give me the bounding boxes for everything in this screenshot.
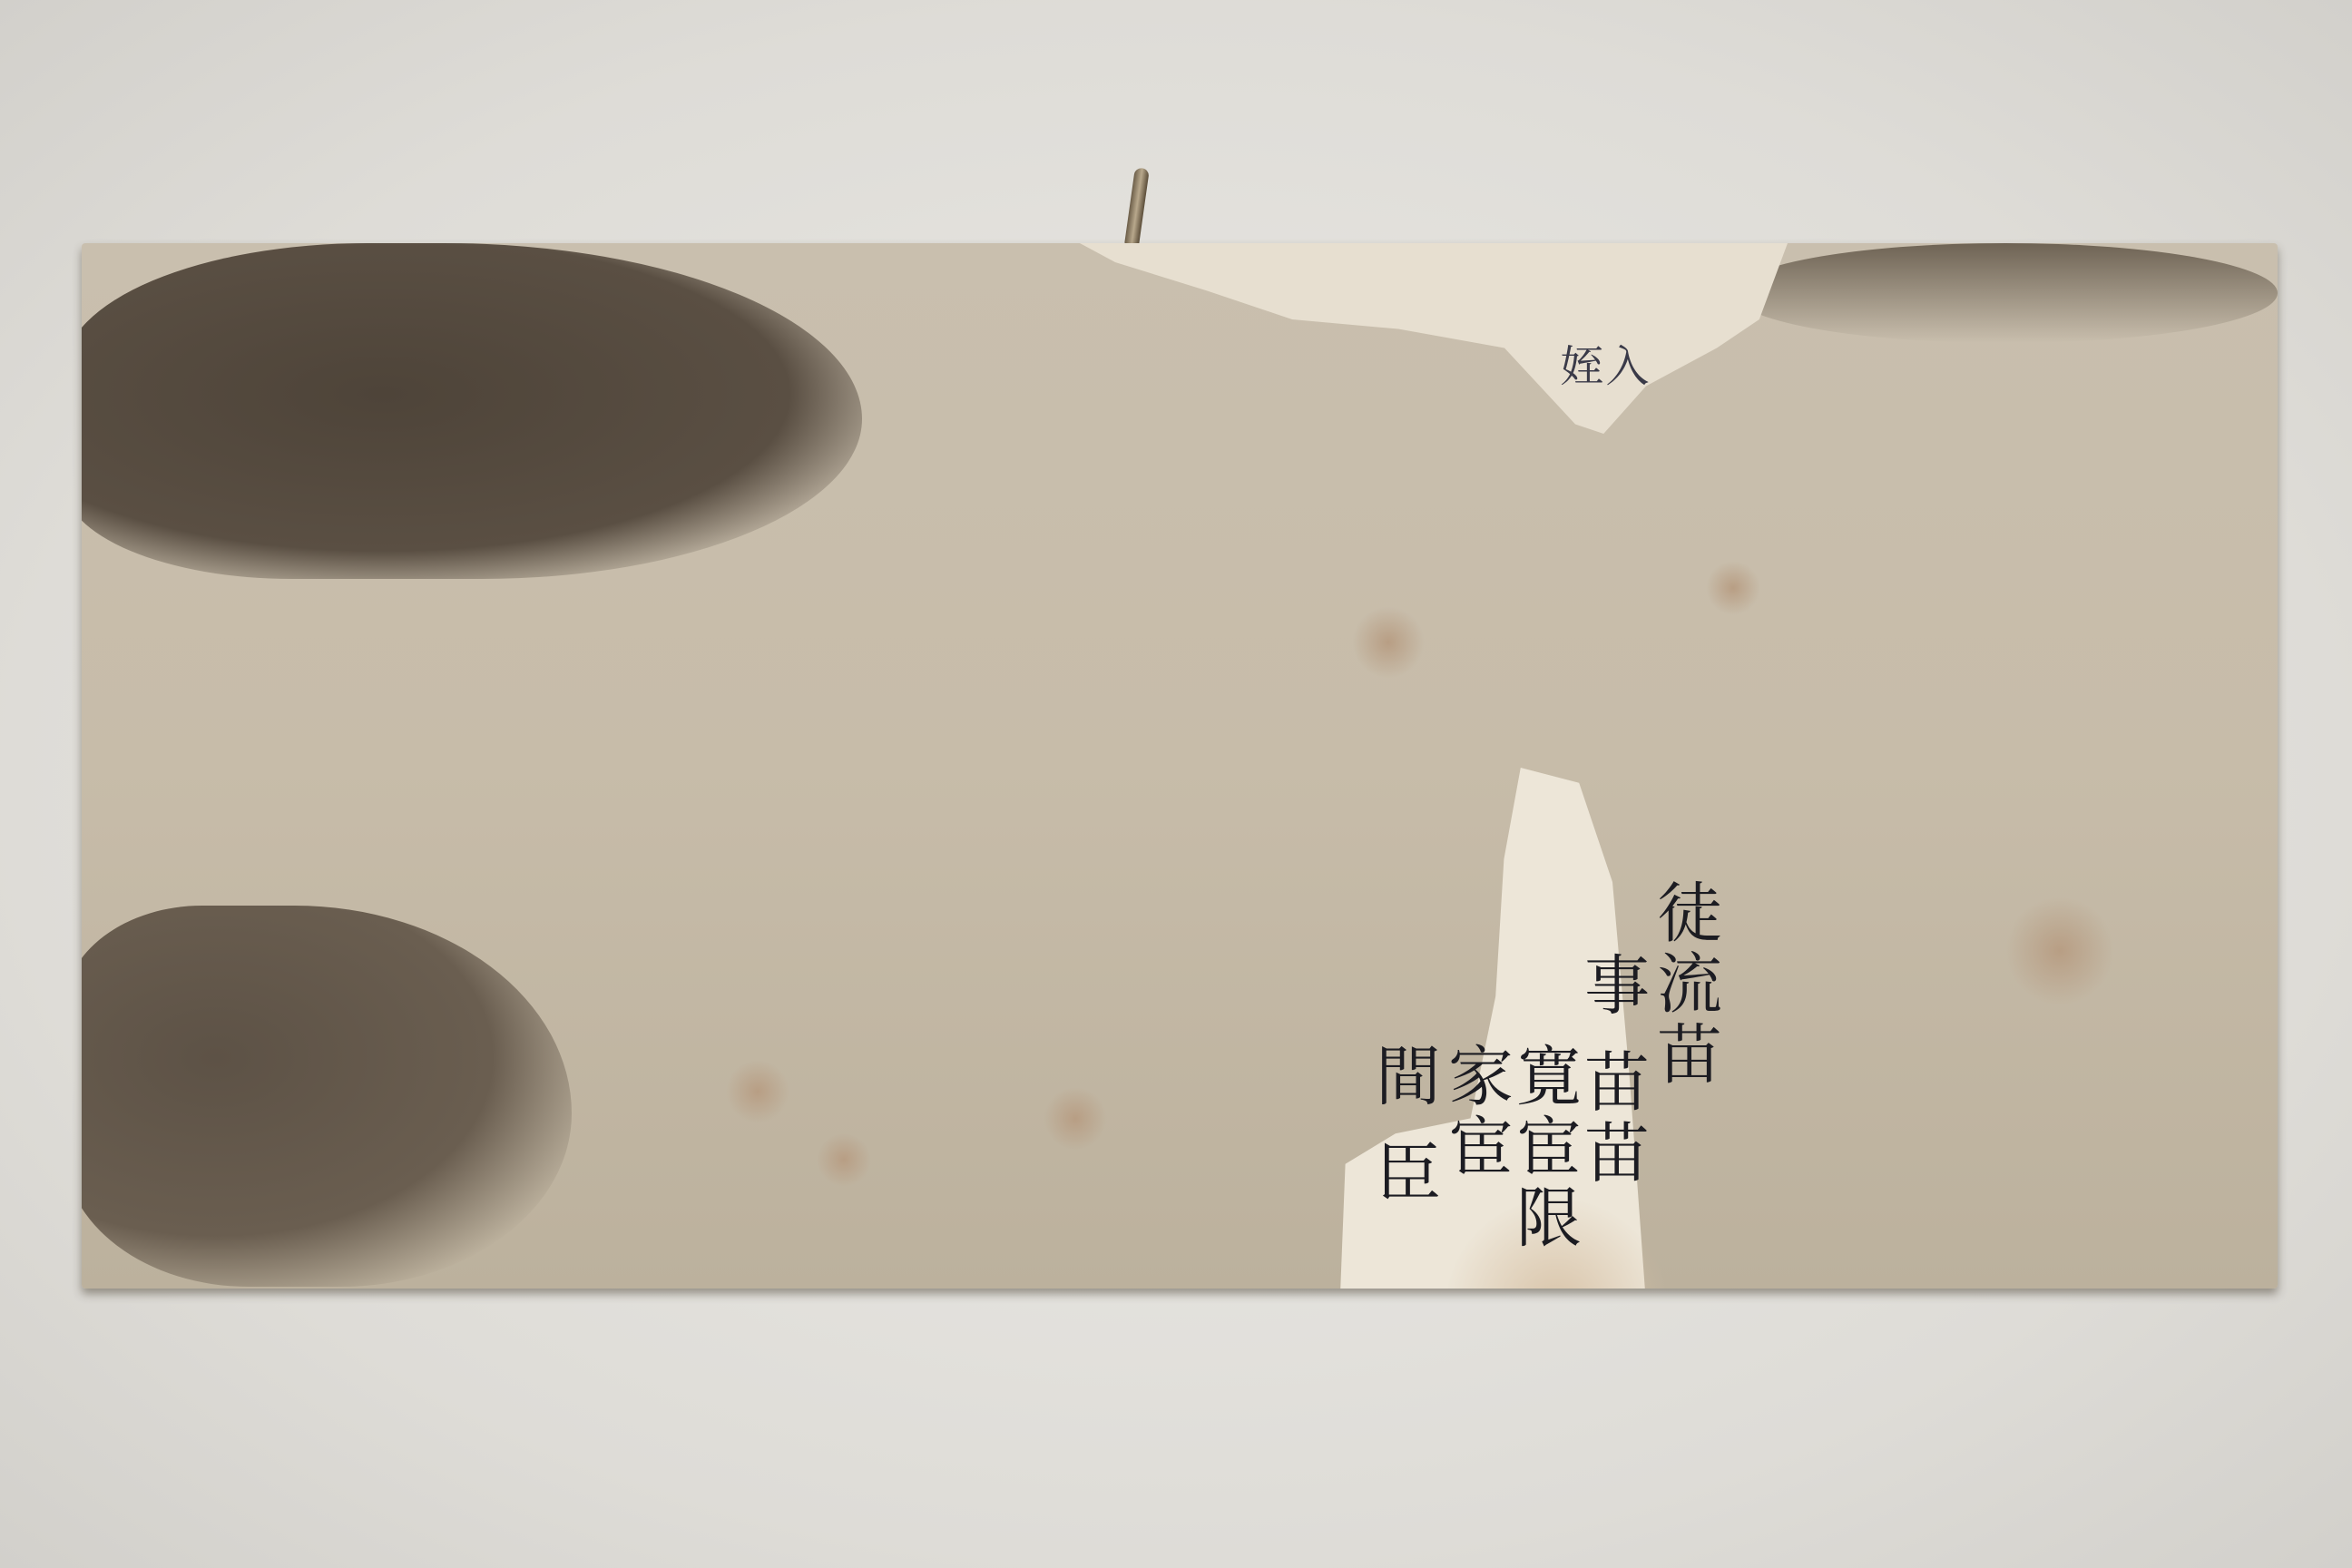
dark-stain-top-left [82,243,862,579]
torn-area-top [1080,243,1788,434]
dark-stain-top-right [1733,243,2278,343]
water-spot [1044,1087,1107,1151]
book-cover: 姪 入 徒流苗 事 苗苗 寛宦限 家宦 間 臣 [82,243,2278,1289]
top-char: 入 [1592,343,1655,387]
water-spot [817,1132,871,1187]
dark-stain-bottom-left [82,906,572,1287]
water-spot [2005,897,2114,1005]
water-spot [1706,561,1760,615]
label-column-5: 間 臣 [1370,1042,1436,1210]
water-spot [726,1060,789,1123]
label-column-3: 寛宦限 [1511,1042,1576,1254]
label-column-4: 家宦 [1443,1042,1508,1183]
label-column-2: 事 苗苗 [1579,951,1644,1190]
label-column-1: 徒流苗 [1651,878,1717,1091]
water-spot [1352,606,1425,679]
